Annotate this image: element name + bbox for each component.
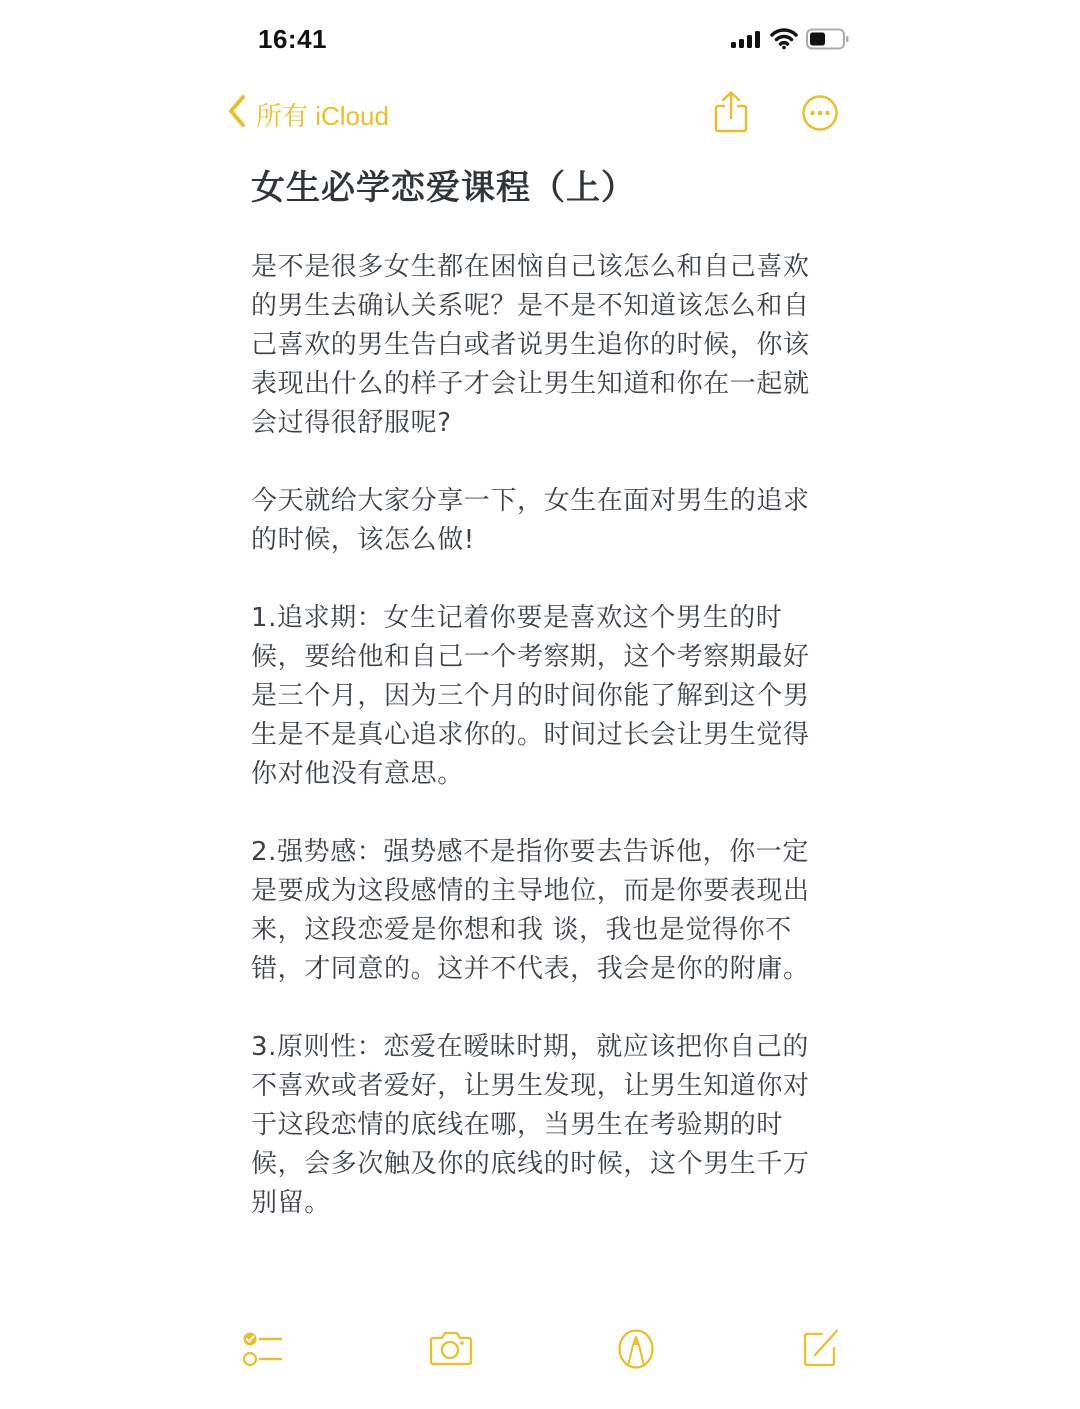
note-paragraph: 1.追求期：女生记着你要是喜欢这个男生的时候，要给他和自己一个考察期，这个考察期… <box>251 599 821 794</box>
note-paragraph: 2.强势感：强势感不是指你要去告诉他，你一定是要成为这段感情的主导地位，而是你要… <box>251 833 821 989</box>
nav-bar: 所有 iCloud <box>0 88 1080 138</box>
status-bar: 16:41 <box>0 0 1080 80</box>
note-paragraph: 3.原则性：恋爱在暧昧时期，就应该把你自己的不喜欢或者爱好，让男生发现，让男生知… <box>251 1028 821 1223</box>
status-time: 16:41 <box>258 24 327 55</box>
more-icon[interactable] <box>801 94 839 136</box>
bottom-toolbar <box>0 1328 1080 1378</box>
chevron-left-icon <box>226 94 248 135</box>
note-title[interactable]: 女生必学恋爱课程（上） <box>251 160 636 209</box>
back-button[interactable]: 所有 iCloud <box>226 94 389 135</box>
compose-icon[interactable] <box>802 1328 840 1372</box>
note-paragraph: 是不是很多女生都在困恼自己该怎么和自己喜欢的男生去确认关系呢？是不是不知道该怎么… <box>251 248 821 443</box>
camera-icon[interactable] <box>429 1330 473 1370</box>
note-paragraph: 今天就给大家分享一下，女生在面对男生的追求的时候，该怎么做! <box>251 482 821 560</box>
cellular-signal-icon <box>730 29 762 53</box>
note-body[interactable]: 是不是很多女生都在困恼自己该怎么和自己喜欢的男生去确认关系呢？是不是不知道该怎么… <box>251 248 821 1262</box>
back-label: 所有 iCloud <box>256 96 389 133</box>
markup-icon[interactable] <box>616 1328 656 1374</box>
battery-icon <box>806 28 850 54</box>
wifi-icon <box>770 28 798 54</box>
status-icons <box>730 28 850 54</box>
share-icon[interactable] <box>713 90 749 138</box>
checklist-icon[interactable] <box>242 1330 284 1372</box>
